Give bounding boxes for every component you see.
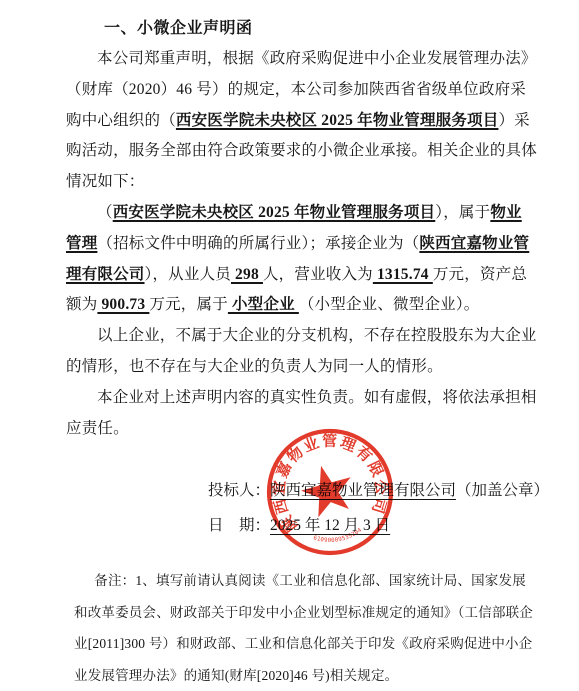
body-text-segment: （小型企业、微型企业）。 — [299, 296, 480, 313]
body-text-segment: （招标文件中明确的所属行业）；承接企业为（ — [97, 235, 419, 252]
document-title: 一、小微企业声明函 — [104, 13, 537, 44]
body-text-segment: 西安医学院未央校区 2025 年物业管理服务项目 — [176, 112, 499, 129]
body-text-segment: 人，营业收入为 — [263, 266, 373, 283]
document-body: 本公司郑重声明，根据《政府采购促进中小企业发展管理办法》（财库（2020）46 … — [66, 44, 537, 444]
body-paragraph: 以上企业，不属于大企业的分支机构，不存在控股股东为大企业的情形，也不存在与大企业… — [66, 321, 537, 383]
body-text-segment: 以上企业，不属于大企业的分支机构，不存在控股股东为大企业的情形，也不存在与大企业… — [66, 327, 537, 375]
body-text-segment: ），从业人员 — [145, 266, 231, 283]
body-text-segment: ），属于 — [435, 204, 490, 221]
body-paragraph: （西安医学院未央校区 2025 年物业管理服务项目），属于物业管理（招标文件中明… — [66, 198, 537, 321]
body-paragraph: 本公司郑重声明，根据《政府采购促进中小企业发展管理办法》（财库（2020）46 … — [66, 44, 537, 198]
body-text-segment: 万元，属于 — [149, 296, 228, 313]
body-text-segment: 1315.74 — [373, 266, 433, 283]
body-text-segment: 小型企业 — [228, 296, 299, 313]
bidder-suffix: （加盖公章） — [456, 482, 549, 499]
body-text-segment: 西安医学院未央校区 2025 年物业管理服务项目 — [113, 204, 436, 221]
body-text-segment: 900.73 — [97, 296, 149, 313]
declaration-document: 一、小微企业声明函 本公司郑重声明，根据《政府采购促进中小企业发展管理办法》（财… — [0, 0, 579, 691]
company-seal-stamp: 陕西宜嘉物业管理有限公司 61090009535204 — [250, 412, 410, 572]
star-icon — [301, 466, 351, 517]
body-text-segment: （ — [97, 204, 113, 221]
notes-paragraph: 备注：1、填写前请认真阅读《工业和信息化部、国家统计局、国家发展和改革委员会、财… — [74, 565, 537, 691]
body-text-segment: 298 — [231, 266, 263, 283]
